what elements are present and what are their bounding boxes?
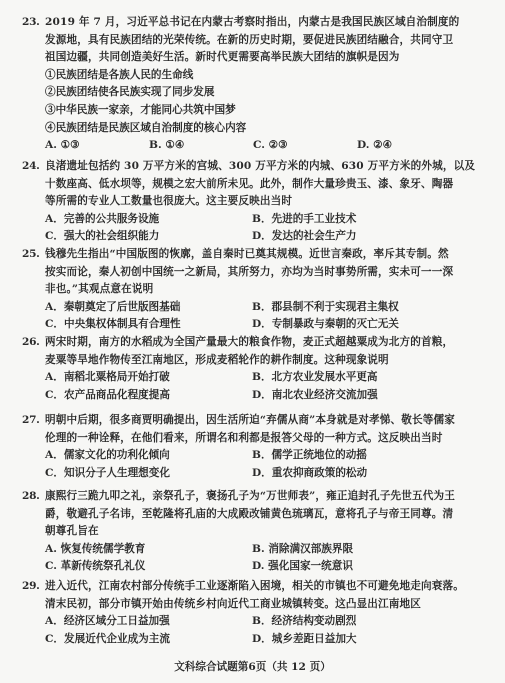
question-26: 26. 两宋时期，南方的水稻成为全国产量最大的粮食作物，麦正式超越粟成为北方的首… — [22, 334, 492, 404]
page-footer: 文科综合试题第6页（共 12 页） — [0, 659, 505, 677]
option-c: C. ②③ — [253, 137, 357, 155]
option-b: B．经济结构变动剧烈 — [252, 613, 356, 631]
option-a: A．南稻北粟格局开始打破 — [45, 369, 252, 387]
stem-line: 按实而论，秦人初创中国统一之新局，其所努力，亦均为当时事势所需，实未可一一深 — [45, 264, 492, 282]
question-stem: 良渚遗址包括约 30 万平方米的宫城、300 万平方米的内城、630 万平方米的… — [45, 158, 492, 211]
option-d: D．城乡差距日益加大 — [252, 631, 357, 649]
option-d: D. ②④ — [357, 137, 461, 155]
option-d: D．发达的社会生产力 — [252, 228, 357, 246]
option-a: A．完善的公共服务设施 — [45, 211, 252, 229]
option-c: C．农产品商品化程度提高 — [45, 387, 252, 405]
question-stem: 明朝中后期，很多商贾明确提出，因生活所迫“弃儒从商”本身就是对孝悌、敬长等儒家 … — [45, 412, 492, 447]
option-d: D．重农抑商政策的松动 — [252, 465, 367, 483]
option-d: D．南北农业经济交流加强 — [252, 387, 378, 405]
statement: ②民族团结使各民族实现了同步发展 — [45, 84, 492, 102]
option-b: B．北方农业发展水平更高 — [252, 369, 377, 387]
stem-line: 十数座高、低水坝等，规模之宏大前所未见。此外，制作大量珍贵玉、漆、象牙、陶器 — [45, 176, 492, 194]
question-stem: 2019 年 7 月，习近平总书记在内蒙古考察时指出，内蒙古是我国民族区域自治制… — [45, 14, 492, 67]
question-number: 23. — [22, 14, 40, 32]
stem-line: 爵，敬避孔子名讳，至乾隆将孔庙的大成殿改铺黄色琉璃瓦，意将孔子与帝王同尊。清 — [45, 506, 492, 524]
statement: ③中华民族一家亲，才能同心共筑中国梦 — [45, 102, 492, 120]
question-25: 25. 钱穆先生指出“中国版图的恢廓，盖自秦时已奠其规模。近世言秦政，率斥其专制… — [22, 246, 492, 334]
stem-line: 钱穆先生指出“中国版图的恢廓，盖自秦时已奠其规模。近世言秦政，率斥其专制。然 — [45, 246, 492, 264]
option-a: A．经济区域分工日益加强 — [45, 613, 252, 631]
stem-line: 明朝中后期，很多商贾明确提出，因生活所迫“弃儒从商”本身就是对孝悌、敬长等儒家 — [45, 412, 492, 430]
stem-line: 两宋时期，南方的水稻成为全国产量最大的粮食作物，麦正式超越粟成为北方的首粮， — [45, 334, 492, 352]
option-d: D. 强化国家一统意识 — [252, 558, 353, 576]
question-number: 29. — [22, 578, 40, 596]
options: A．南稻北粟格局开始打破B．北方农业发展水平更高 C．农产品商品化程度提高D．南… — [45, 369, 492, 404]
question-stem: 进入近代，江南农村部分传统手工业逐渐陷入困境，相关的市镇也不可避免地走向衰落。 … — [45, 578, 492, 613]
option-b: B．儒学正统地位的动摇 — [252, 447, 367, 465]
stem-line: 2019 年 7 月，习近平总书记在内蒙古考察时指出，内蒙古是我国民族区域自治制… — [45, 14, 492, 32]
option-c: C．发展近代企业成为主流 — [45, 631, 252, 649]
options: A．完善的公共服务设施B．先进的手工业技术 C．强大的社会组织能力D．发达的社会… — [45, 211, 492, 246]
question-24: 24. 良渚遗址包括约 30 万平方米的宫城、300 万平方米的内城、630 万… — [22, 158, 492, 246]
question-stem: 康熙行三跪九叩之礼，亲祭孔子，褒扬孔子为“万世师表”，雍正追封孔子先世五代为王 … — [45, 488, 492, 541]
question-stem: 钱穆先生指出“中国版图的恢廓，盖自秦时已奠其规模。近世言秦政，率斥其专制。然 按… — [45, 246, 492, 299]
stem-line: 等所需的专业人工数量也很庞大。这主要反映出当时 — [45, 193, 492, 211]
question-number: 25. — [22, 246, 40, 264]
question-27: 27. 明朝中后期，很多商贾明确提出，因生活所迫“弃儒从商”本身就是对孝悌、敬长… — [22, 412, 492, 482]
exam-page: 23. 2019 年 7 月，习近平总书记在内蒙古考察时指出，内蒙古是我国民族区… — [0, 0, 505, 683]
option-a: A. ①③ — [45, 137, 149, 155]
options: A. 恢复传统儒学教育B. 消除满汉部族界限 C. 革新传统祭孔礼仪D. 强化国… — [45, 541, 492, 576]
stem-line: 发源地，具有民族团结的光荣传统。在新的历史时期，要促进民族团结融合，共同守卫 — [45, 32, 492, 50]
question-number: 24. — [22, 158, 40, 176]
stem-line: 非也。”其观点意在说明 — [45, 281, 492, 299]
question-number: 27. — [22, 412, 40, 430]
option-b: B. 消除满汉部族界限 — [252, 541, 353, 559]
question-23: 23. 2019 年 7 月，习近平总书记在内蒙古考察时指出，内蒙古是我国民族区… — [22, 14, 492, 155]
option-c: C．知识分子人生理想变化 — [45, 465, 252, 483]
statement: ④民族团结是民族区域自治制度的核心内容 — [45, 120, 492, 138]
option-b: B．郡县制不利于实现君主集权 — [252, 299, 399, 317]
stem-line: 良渚遗址包括约 30 万平方米的宫城、300 万平方米的内城、630 万平方米的… — [45, 158, 492, 176]
stem-line: 麦粟等旱地作物传至江南地区，形成麦稻轮作的耕作制度。这种现象说明 — [45, 352, 492, 370]
question-28: 28. 康熙行三跪九叩之礼，亲祭孔子，褒扬孔子为“万世师表”，雍正追封孔子先世五… — [22, 488, 492, 576]
stem-line: 康熙行三跪九叩之礼，亲祭孔子，褒扬孔子为“万世师表”，雍正追封孔子先世五代为王 — [45, 488, 492, 506]
option-a: A．儒家文化的功利化倾向 — [45, 447, 252, 465]
question-stem: 两宋时期，南方的水稻成为全国产量最大的粮食作物，麦正式超越粟成为北方的首粮， 麦… — [45, 334, 492, 369]
option-a: A. 恢复传统儒学教育 — [45, 541, 252, 559]
option-b: B. ①④ — [149, 137, 253, 155]
question-number: 28. — [22, 488, 40, 506]
stem-line: 伦理的一种诠释，在他们看来，所谓名和利都是报答父母的一种方式。这反映出当时 — [45, 430, 492, 448]
stem-line: 进入近代，江南农村部分传统手工业逐渐陷入困境，相关的市镇也不可避免地走向衰落。 — [45, 578, 492, 596]
stem-line: 朝尊孔旨在 — [45, 523, 492, 541]
option-b: B．先进的手工业技术 — [252, 211, 356, 229]
question-29: 29. 进入近代，江南农村部分传统手工业逐渐陷入困境，相关的市镇也不可避免地走向… — [22, 578, 492, 648]
options: A．经济区域分工日益加强B．经济结构变动剧烈 C．发展近代企业成为主流D．城乡差… — [45, 613, 492, 648]
option-a: A．秦朝奠定了后世版图基础 — [45, 299, 252, 317]
option-c: C．强大的社会组织能力 — [45, 228, 252, 246]
options: A．秦朝奠定了后世版图基础B．郡县制不利于实现君主集权 C．中央集权体制具有合理… — [45, 299, 492, 334]
option-c: C．中央集权体制具有合理性 — [45, 316, 252, 334]
option-c: C. 革新传统祭孔礼仪 — [45, 558, 252, 576]
options: A. ①③ B. ①④ C. ②③ D. ②④ — [45, 137, 492, 155]
option-d: D．专制暴政与秦朝的灭亡无关 — [252, 316, 399, 334]
statement: ①民族团结是各族人民的生命线 — [45, 67, 492, 85]
stem-line: 祖国边疆，共同创造美好生活。新时代更需要高举民族大团结的旗帜是因为 — [45, 49, 492, 67]
stem-line: 清末民初，部分市镇开始由传统乡村向近代工商业城镇转变。这凸显出江南地区 — [45, 596, 492, 614]
question-number: 26. — [22, 334, 40, 352]
options: A．儒家文化的功利化倾向B．儒学正统地位的动摇 C．知识分子人生理想变化D．重农… — [45, 447, 492, 482]
